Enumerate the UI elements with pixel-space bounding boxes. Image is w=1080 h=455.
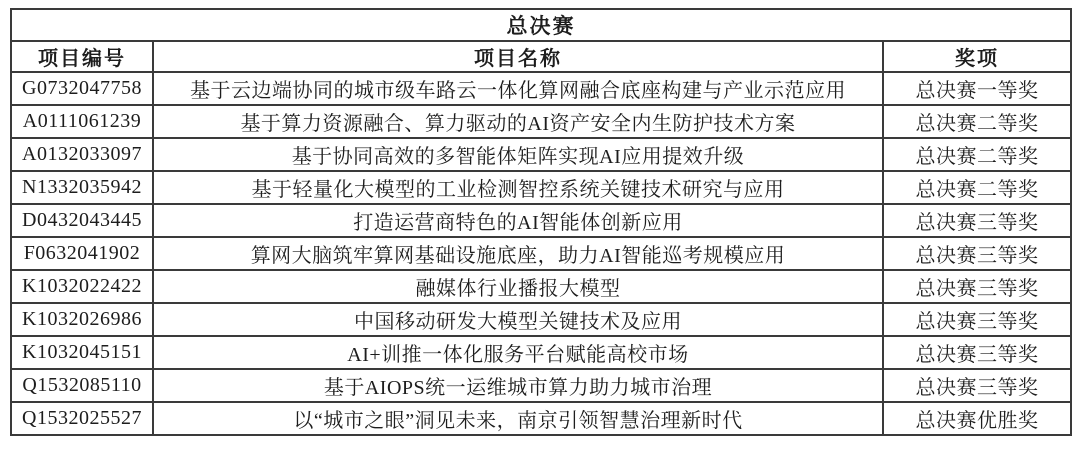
cell-award: 总决赛二等奖 (883, 138, 1071, 171)
cell-project-id: F0632041902 (11, 237, 153, 270)
column-header-project-id: 项目编号 (11, 41, 153, 72)
finals-awards-table: 总决赛 项目编号 项目名称 奖项 G0732047758基于云边端协同的城市级车… (10, 8, 1072, 436)
table-row: K1032026986中国移动研发大模型关键技术及应用总决赛三等奖 (11, 303, 1071, 336)
table-row: N1332035942基于轻量化大模型的工业检测智控系统关键技术研究与应用总决赛… (11, 171, 1071, 204)
finals-table-container: 总决赛 项目编号 项目名称 奖项 G0732047758基于云边端协同的城市级车… (10, 8, 1072, 436)
cell-project-name: 算网大脑筑牢算网基础设施底座，助力AI智能巡考规模应用 (153, 237, 883, 270)
table-title-row: 总决赛 (11, 9, 1071, 41)
cell-project-name: 基于协同高效的多智能体矩阵实现AI应用提效升级 (153, 138, 883, 171)
cell-award: 总决赛优胜奖 (883, 402, 1071, 435)
table-row: K1032022422融媒体行业播报大模型总决赛三等奖 (11, 270, 1071, 303)
cell-project-name: 基于算力资源融合、算力驱动的AI资产安全内生防护技术方案 (153, 105, 883, 138)
cell-award: 总决赛三等奖 (883, 369, 1071, 402)
cell-project-name: 融媒体行业播报大模型 (153, 270, 883, 303)
cell-award: 总决赛二等奖 (883, 105, 1071, 138)
table-body: G0732047758基于云边端协同的城市级车路云一体化算网融合底座构建与产业示… (11, 72, 1071, 435)
table-title: 总决赛 (11, 9, 1071, 41)
cell-project-name: 基于AIOPS统一运维城市算力助力城市治理 (153, 369, 883, 402)
column-header-project-name: 项目名称 (153, 41, 883, 72)
cell-award: 总决赛二等奖 (883, 171, 1071, 204)
cell-project-name: AI+训推一体化服务平台赋能高校市场 (153, 336, 883, 369)
cell-project-id: K1032045151 (11, 336, 153, 369)
cell-award: 总决赛三等奖 (883, 336, 1071, 369)
table-row: D0432043445打造运营商特色的AI智能体创新应用总决赛三等奖 (11, 204, 1071, 237)
cell-award: 总决赛三等奖 (883, 303, 1071, 336)
cell-project-id: A0132033097 (11, 138, 153, 171)
cell-project-name: 基于云边端协同的城市级车路云一体化算网融合底座构建与产业示范应用 (153, 72, 883, 105)
cell-award: 总决赛三等奖 (883, 237, 1071, 270)
cell-project-id: K1032026986 (11, 303, 153, 336)
cell-project-id: D0432043445 (11, 204, 153, 237)
cell-project-id: A0111061239 (11, 105, 153, 138)
table-row: Q1532025527以“城市之眼”洞见未来，南京引领智慧治理新时代总决赛优胜奖 (11, 402, 1071, 435)
page: 总决赛 项目编号 项目名称 奖项 G0732047758基于云边端协同的城市级车… (0, 0, 1080, 455)
table-row: K1032045151AI+训推一体化服务平台赋能高校市场总决赛三等奖 (11, 336, 1071, 369)
cell-project-id: G0732047758 (11, 72, 153, 105)
table-row: G0732047758基于云边端协同的城市级车路云一体化算网融合底座构建与产业示… (11, 72, 1071, 105)
cell-award: 总决赛一等奖 (883, 72, 1071, 105)
table-row: A0132033097基于协同高效的多智能体矩阵实现AI应用提效升级总决赛二等奖 (11, 138, 1071, 171)
cell-project-name: 中国移动研发大模型关键技术及应用 (153, 303, 883, 336)
cell-project-name: 基于轻量化大模型的工业检测智控系统关键技术研究与应用 (153, 171, 883, 204)
column-header-award: 奖项 (883, 41, 1071, 72)
cell-award: 总决赛三等奖 (883, 204, 1071, 237)
cell-project-name: 以“城市之眼”洞见未来，南京引领智慧治理新时代 (153, 402, 883, 435)
table-row: A0111061239基于算力资源融合、算力驱动的AI资产安全内生防护技术方案总… (11, 105, 1071, 138)
cell-project-id: Q1532025527 (11, 402, 153, 435)
cell-award: 总决赛三等奖 (883, 270, 1071, 303)
cell-project-id: Q1532085110 (11, 369, 153, 402)
cell-project-id: N1332035942 (11, 171, 153, 204)
table-row: Q1532085110基于AIOPS统一运维城市算力助力城市治理总决赛三等奖 (11, 369, 1071, 402)
cell-project-id: K1032022422 (11, 270, 153, 303)
table-row: F0632041902算网大脑筑牢算网基础设施底座，助力AI智能巡考规模应用总决… (11, 237, 1071, 270)
cell-project-name: 打造运营商特色的AI智能体创新应用 (153, 204, 883, 237)
table-header-row: 项目编号 项目名称 奖项 (11, 41, 1071, 72)
